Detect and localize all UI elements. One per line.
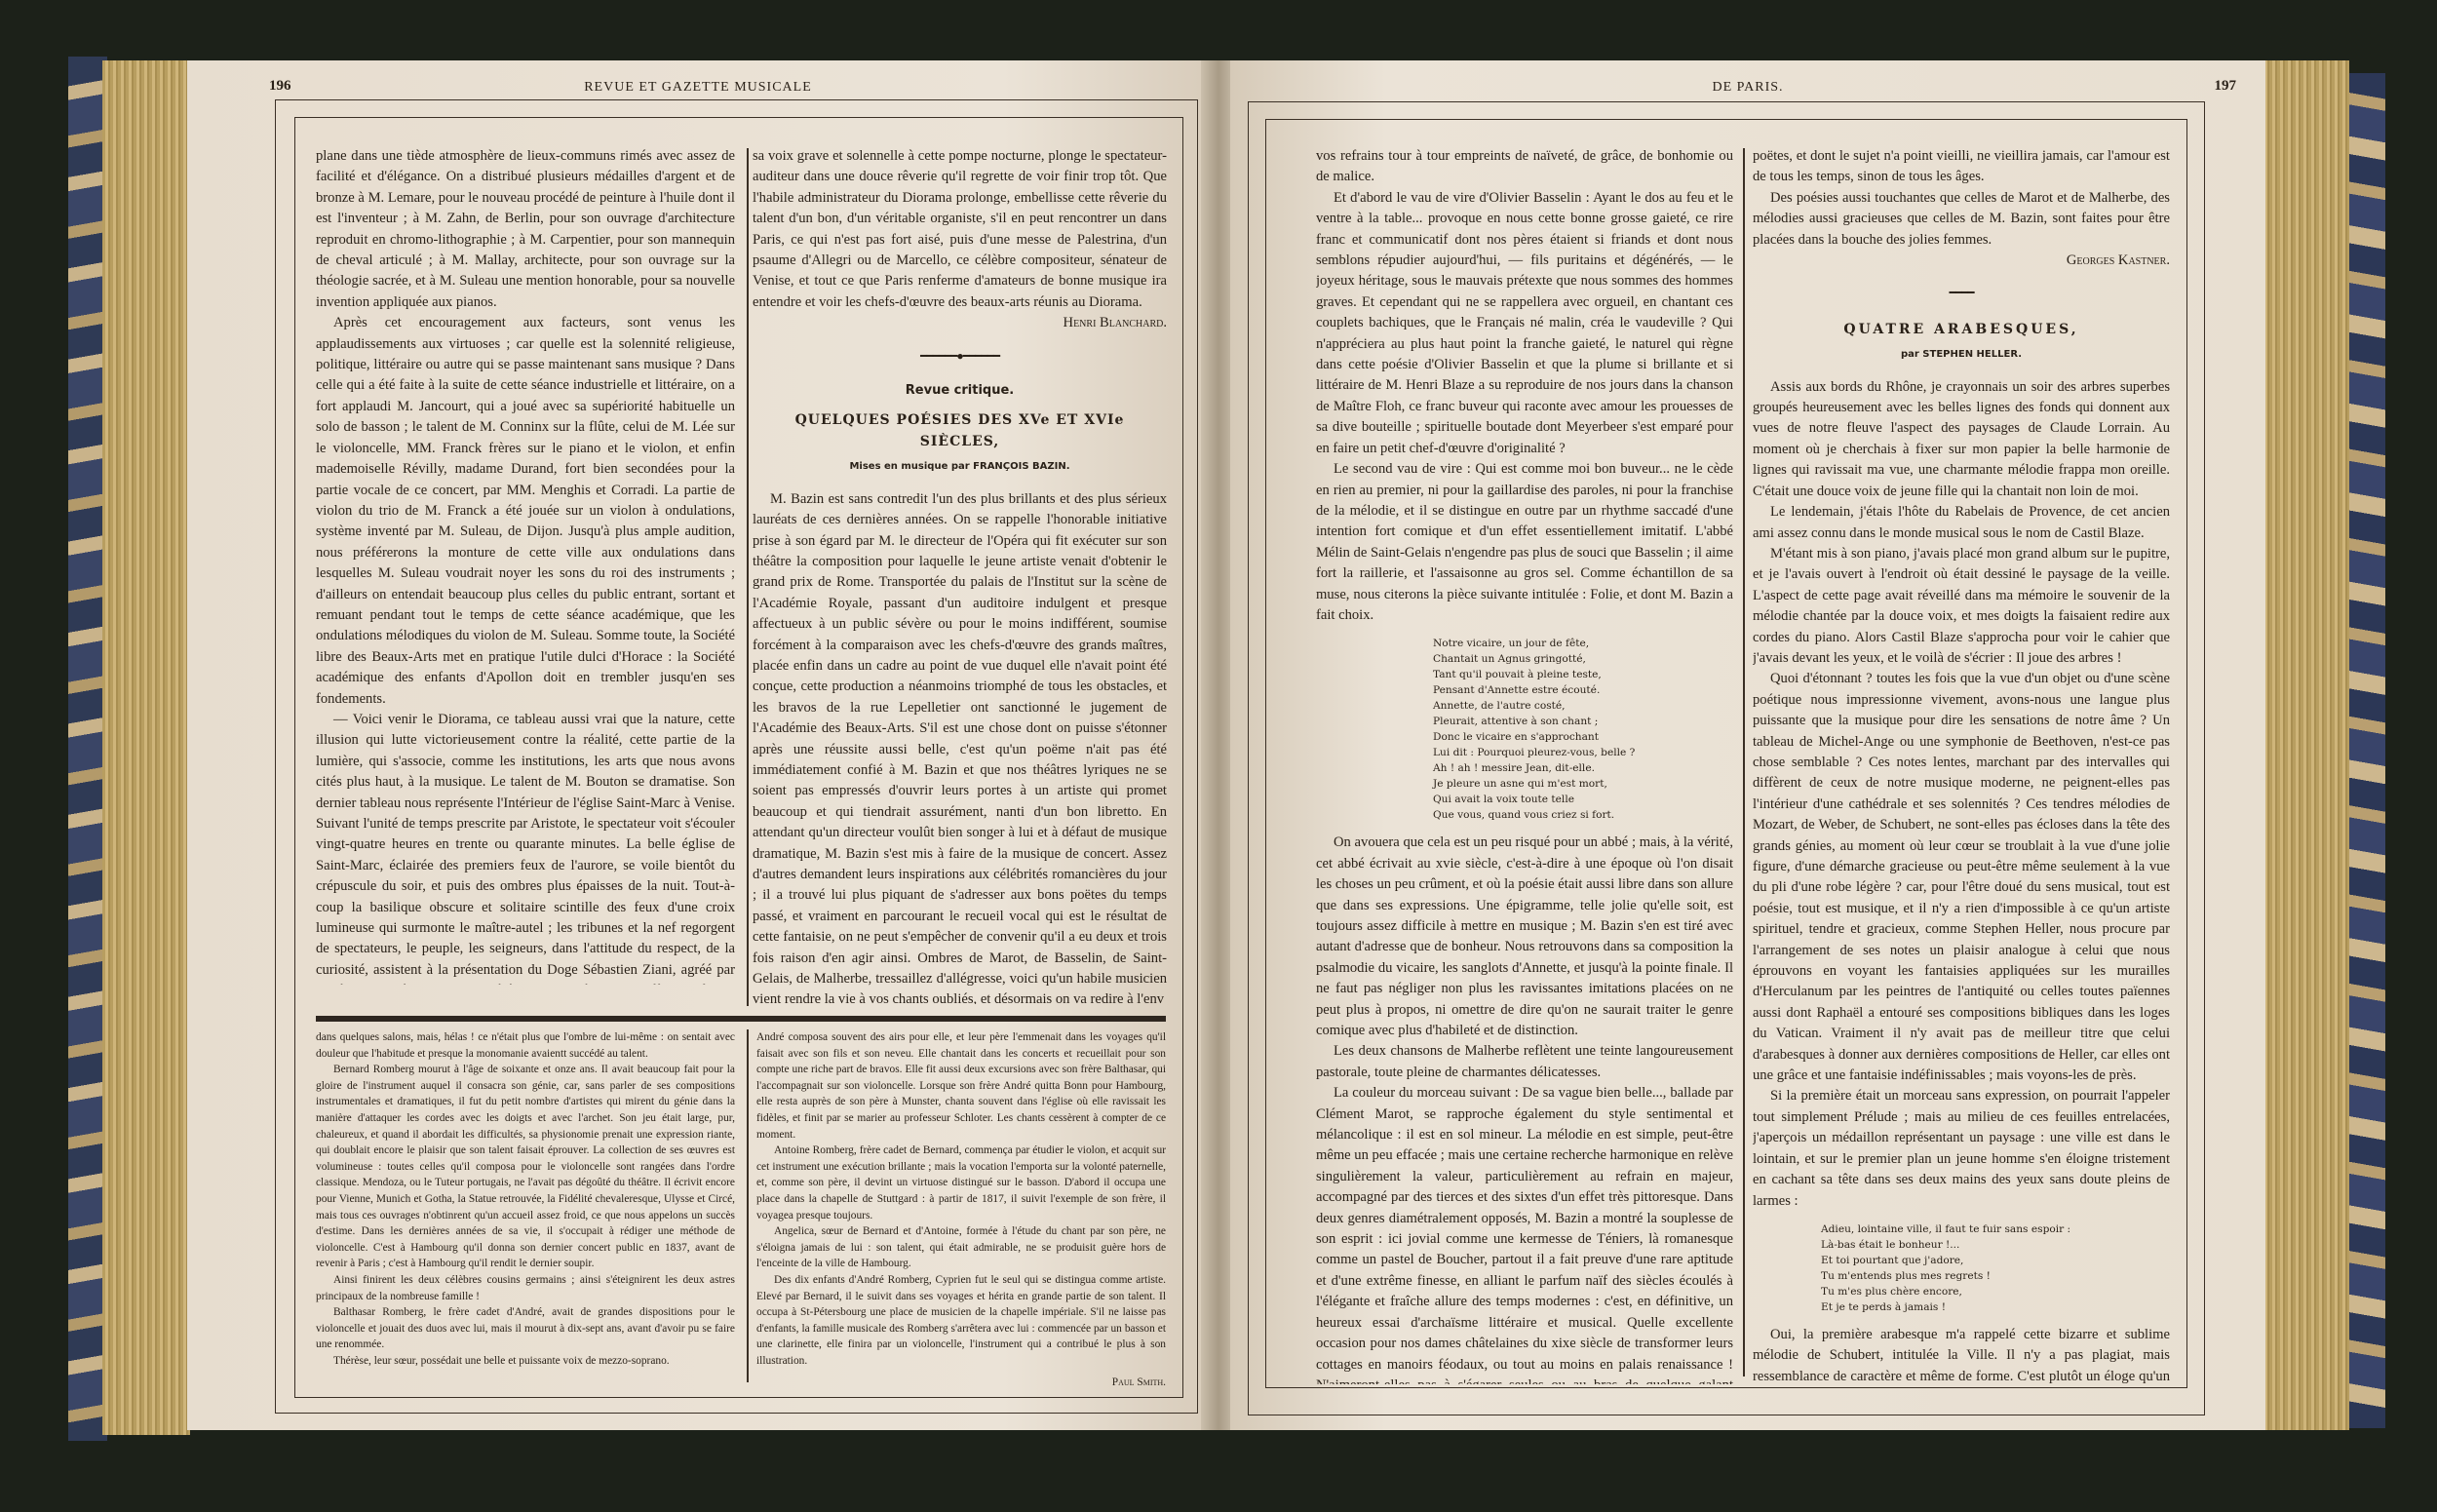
poem-line: Pleurait, attentive à son chant ; bbox=[1433, 714, 1733, 729]
poem-line: Ah ! ah ! messire Jean, dit-elle. bbox=[1433, 760, 1733, 776]
paragraph: Assis aux bords du Rhône, je crayonnais … bbox=[1753, 377, 2170, 502]
poem-line: Adieu, lointaine ville, il faut te fuir … bbox=[1821, 1221, 2170, 1237]
book-cover-right bbox=[2344, 73, 2385, 1428]
paragraph: M'étant mis à son piano, j'avais placé m… bbox=[1753, 544, 2170, 669]
ornament-divider: ━━━━━━●━━━━━━ bbox=[753, 346, 1167, 367]
short-divider: ━━━━ bbox=[1753, 283, 2170, 303]
paragraph: Des poésies aussi touchantes que celles … bbox=[1753, 188, 2170, 251]
poem-line: Notre vicaire, un jour de fête, bbox=[1433, 636, 1733, 651]
book-cover-left bbox=[68, 57, 107, 1441]
poem-line: Je pleure un asne qui m'est mort, bbox=[1433, 776, 1733, 792]
column-divider bbox=[747, 1029, 749, 1382]
poem-line: Lui dit : Pourquoi pleurez-vous, belle ? bbox=[1433, 745, 1733, 760]
paragraph: plane dans une tiède atmosphère de lieux… bbox=[316, 146, 735, 313]
paragraph: André composa souvent des airs pour elle… bbox=[756, 1029, 1166, 1143]
paragraph: vos refrains tour à tour empreints de na… bbox=[1316, 146, 1733, 188]
column-divider bbox=[1743, 148, 1745, 1376]
column-right-2: poëtes, et dont le sujet n'a point vieil… bbox=[1753, 146, 2170, 1384]
poem-line: Tu m'es plus chère encore, bbox=[1821, 1284, 2170, 1299]
signature-blanchard: Henri Blanchard. bbox=[753, 313, 1167, 333]
paragraph: Ainsi finirent les deux célèbres cousins… bbox=[316, 1272, 735, 1304]
paragraph: On avouera que cela est un peu risqué po… bbox=[1316, 833, 1733, 1041]
paragraph: — Voici venir le Diorama, ce tableau aus… bbox=[316, 710, 735, 985]
paragraph: Oui, la première arabesque m'a rappelé c… bbox=[1753, 1325, 2170, 1384]
paragraph: Angelica, sœur de Bernard et d'Antoine, … bbox=[756, 1223, 1166, 1272]
poem-line: Et je te perds à jamais ! bbox=[1821, 1299, 2170, 1315]
paragraph: M. Bazin est sans contredit l'un des plu… bbox=[753, 489, 1167, 1004]
poem-line: Tant qu'il pouvait à pleine teste, bbox=[1433, 667, 1733, 682]
article-title: QUELQUES POÉSIES DES XVe ET XVIe SIÈCLES… bbox=[753, 410, 1167, 452]
running-head: DE PARIS. bbox=[1230, 80, 2265, 96]
paragraph: Balthasar Romberg, le frère cadet d'Andr… bbox=[316, 1304, 735, 1353]
article-title: QUATRE ARABESQUES, bbox=[1753, 320, 2170, 340]
paragraph: sa voix grave et solennelle à cette pomp… bbox=[753, 146, 1167, 313]
article-subtitle: Mises en musique par FRANÇOIS BAZIN. bbox=[753, 456, 1167, 477]
feuilleton-column-2: André composa souvent des airs pour elle… bbox=[756, 1029, 1166, 1390]
paragraph: Si la première était un morceau sans exp… bbox=[1753, 1086, 2170, 1211]
column-left-top-1: plane dans une tiède atmosphère de lieux… bbox=[316, 146, 735, 985]
poem-line: Et toi pourtant que j'adore, bbox=[1821, 1253, 2170, 1268]
right-page: 197 DE PARIS. vos refrains tour à tour e… bbox=[1230, 60, 2265, 1430]
poem-adieu: Adieu, lointaine ville, il faut te fuir … bbox=[1821, 1221, 2170, 1315]
column-divider bbox=[747, 148, 749, 1006]
paragraph: La couleur du morceau suivant : De sa va… bbox=[1316, 1083, 1733, 1384]
page-edges-right bbox=[2262, 60, 2349, 1430]
poem-line: Là-bas était le bonheur !... bbox=[1821, 1237, 2170, 1253]
poem-line: Chantait un Agnus gringotté, bbox=[1433, 651, 1733, 667]
poem-line: Qui avait la voix toute telle bbox=[1433, 792, 1733, 807]
paragraph: Et d'abord le vau de vire d'Olivier Bass… bbox=[1316, 188, 1733, 459]
paragraph: Antoine Romberg, frère cadet de Bernard,… bbox=[756, 1143, 1166, 1223]
section-heading: Revue critique. bbox=[753, 380, 1167, 401]
poem-line: Que vous, quand vous criez si fort. bbox=[1433, 807, 1733, 823]
paragraph: Le lendemain, j'étais l'hôte du Rabelais… bbox=[1753, 502, 2170, 544]
feuilleton-rule bbox=[316, 1016, 1166, 1022]
paragraph: Bernard Romberg mourut à l'âge de soixan… bbox=[316, 1062, 735, 1272]
paragraph: dans quelques salons, mais, hélas ! ce n… bbox=[316, 1029, 735, 1062]
poem-folie: Notre vicaire, un jour de fête,Chantait … bbox=[1433, 636, 1733, 823]
paragraph: Thérèse, leur sœur, possédait une belle … bbox=[316, 1353, 735, 1370]
paragraph: Des dix enfants d'André Romberg, Cyprien… bbox=[756, 1272, 1166, 1370]
paragraph: poëtes, et dont le sujet n'a point vieil… bbox=[1753, 146, 2170, 188]
paragraph: Le second vau de vire : Qui est comme mo… bbox=[1316, 459, 1733, 626]
column-left-top-2: sa voix grave et solennelle à cette pomp… bbox=[753, 146, 1167, 1004]
article-subtitle: par STEPHEN HELLER. bbox=[1753, 344, 2170, 365]
column-right-1: vos refrains tour à tour empreints de na… bbox=[1316, 146, 1733, 1384]
signature-smith: Paul Smith. bbox=[756, 1375, 1166, 1390]
running-head: REVUE ET GAZETTE MUSICALE bbox=[187, 80, 1209, 96]
paragraph: Après cet encouragement aux facteurs, so… bbox=[316, 313, 735, 710]
signature-kastner: Georges Kastner. bbox=[1753, 251, 2170, 271]
poem-line: Tu m'entends plus mes regrets ! bbox=[1821, 1268, 2170, 1284]
poem-line: Pensant d'Annette estre écouté. bbox=[1433, 682, 1733, 698]
page-edges-left bbox=[102, 60, 190, 1435]
feuilleton-column-1: dans quelques salons, mais, hélas ! ce n… bbox=[316, 1029, 735, 1390]
paragraph: Les deux chansons de Malherbe reflètent … bbox=[1316, 1041, 1733, 1083]
left-page: 196 REVUE ET GAZETTE MUSICALE plane dans… bbox=[187, 60, 1209, 1430]
poem-line: Annette, de l'autre costé, bbox=[1433, 698, 1733, 714]
poem-line: Donc le vicaire en s'approchant bbox=[1433, 729, 1733, 745]
paragraph: Quoi d'étonnant ? toutes les fois que la… bbox=[1753, 669, 2170, 1086]
